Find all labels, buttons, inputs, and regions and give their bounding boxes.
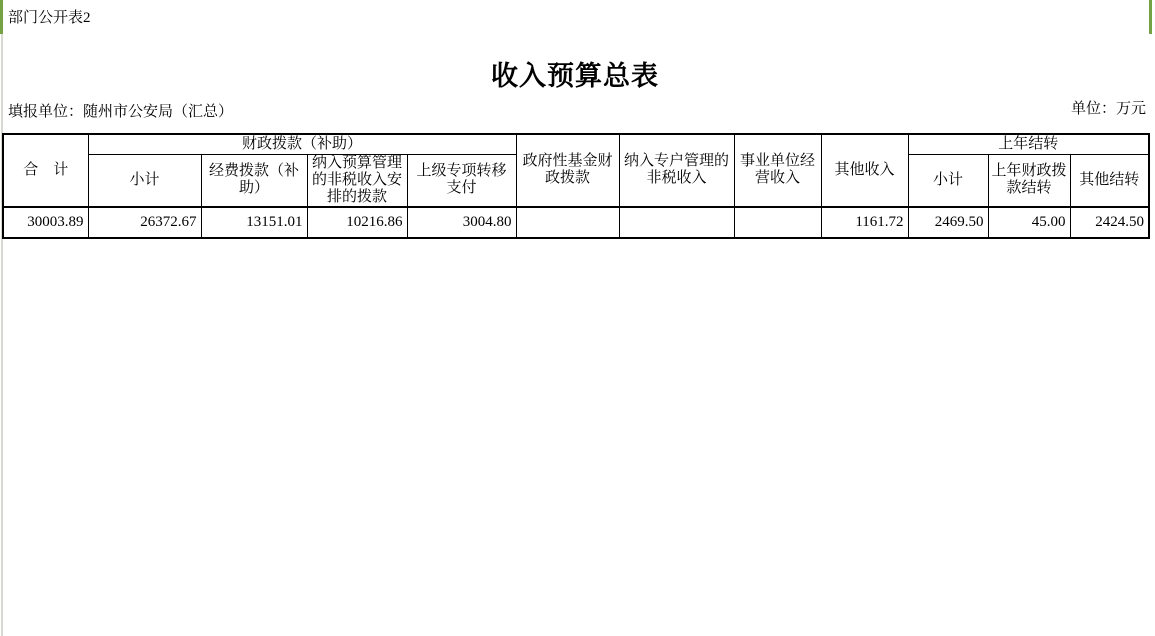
cell-nontax-budget-appropriation: 10216.86 — [307, 207, 407, 238]
page-break-marker-top-left — [0, 0, 3, 34]
cell-carryover-other: 2424.50 — [1070, 207, 1149, 238]
header-nontax-budget-appropriation: 纳入预算管理的非税收入安排的拨款 — [307, 154, 407, 207]
reporting-unit-label: 填报单位：随州市公安局（汇总） — [8, 103, 233, 122]
header-business-operation-income: 事业单位经营收入 — [734, 134, 821, 207]
cell-carryover-subtotal: 2469.50 — [908, 207, 988, 238]
header-row-group: 合 计 财政拨款（补助） 政府性基金财政拨款 纳入专户管理的非税收入 事业单位经… — [3, 134, 1149, 154]
cell-total: 30003.89 — [3, 207, 88, 238]
cell-superior-special-transfer: 3004.80 — [407, 207, 516, 238]
header-funding-appropriation: 经费拨款（补助） — [201, 154, 307, 207]
cell-funding-appropriation: 13151.01 — [201, 207, 307, 238]
sheet-corner-label: 部门公开表2 — [8, 9, 91, 28]
cell-gov-fund-appropriation — [516, 207, 619, 238]
header-carryover-other: 其他结转 — [1070, 154, 1149, 207]
header-superior-special-transfer: 上级专项转移支付 — [407, 154, 516, 207]
budget-document-page: 部门公开表2 收入预算总表 填报单位：随州市公安局（汇总） 单位：万元 合 计 … — [0, 0, 1155, 636]
cell-other-income: 1161.72 — [821, 207, 908, 238]
data-row: 30003.89 26372.67 13151.01 10216.86 3004… — [3, 207, 1149, 238]
header-total: 合 计 — [3, 134, 88, 207]
cell-carryover-fiscal: 45.00 — [988, 207, 1070, 238]
page-break-line-left — [1, 0, 3, 636]
unit-note-label: 单位：万元 — [1071, 100, 1146, 119]
cell-special-account-nontax — [619, 207, 734, 238]
cell-business-operation-income — [734, 207, 821, 238]
cell-fiscal-subtotal: 26372.67 — [88, 207, 201, 238]
page-title: 收入预算总表 — [2, 54, 1148, 93]
header-carryover-subtotal: 小计 — [908, 154, 988, 207]
header-fiscal-appropriation-group: 财政拨款（补助） — [88, 134, 516, 154]
header-carryover-fiscal: 上年财政拨款结转 — [988, 154, 1070, 207]
header-other-income: 其他收入 — [821, 134, 908, 207]
page-break-marker-top-right — [1149, 0, 1152, 34]
header-gov-fund-appropriation: 政府性基金财政拨款 — [516, 134, 619, 207]
income-budget-table: 合 计 财政拨款（补助） 政府性基金财政拨款 纳入专户管理的非税收入 事业单位经… — [2, 133, 1150, 239]
header-carryover-group: 上年结转 — [908, 134, 1149, 154]
header-fiscal-subtotal: 小计 — [88, 154, 201, 207]
header-special-account-nontax: 纳入专户管理的非税收入 — [619, 134, 734, 207]
